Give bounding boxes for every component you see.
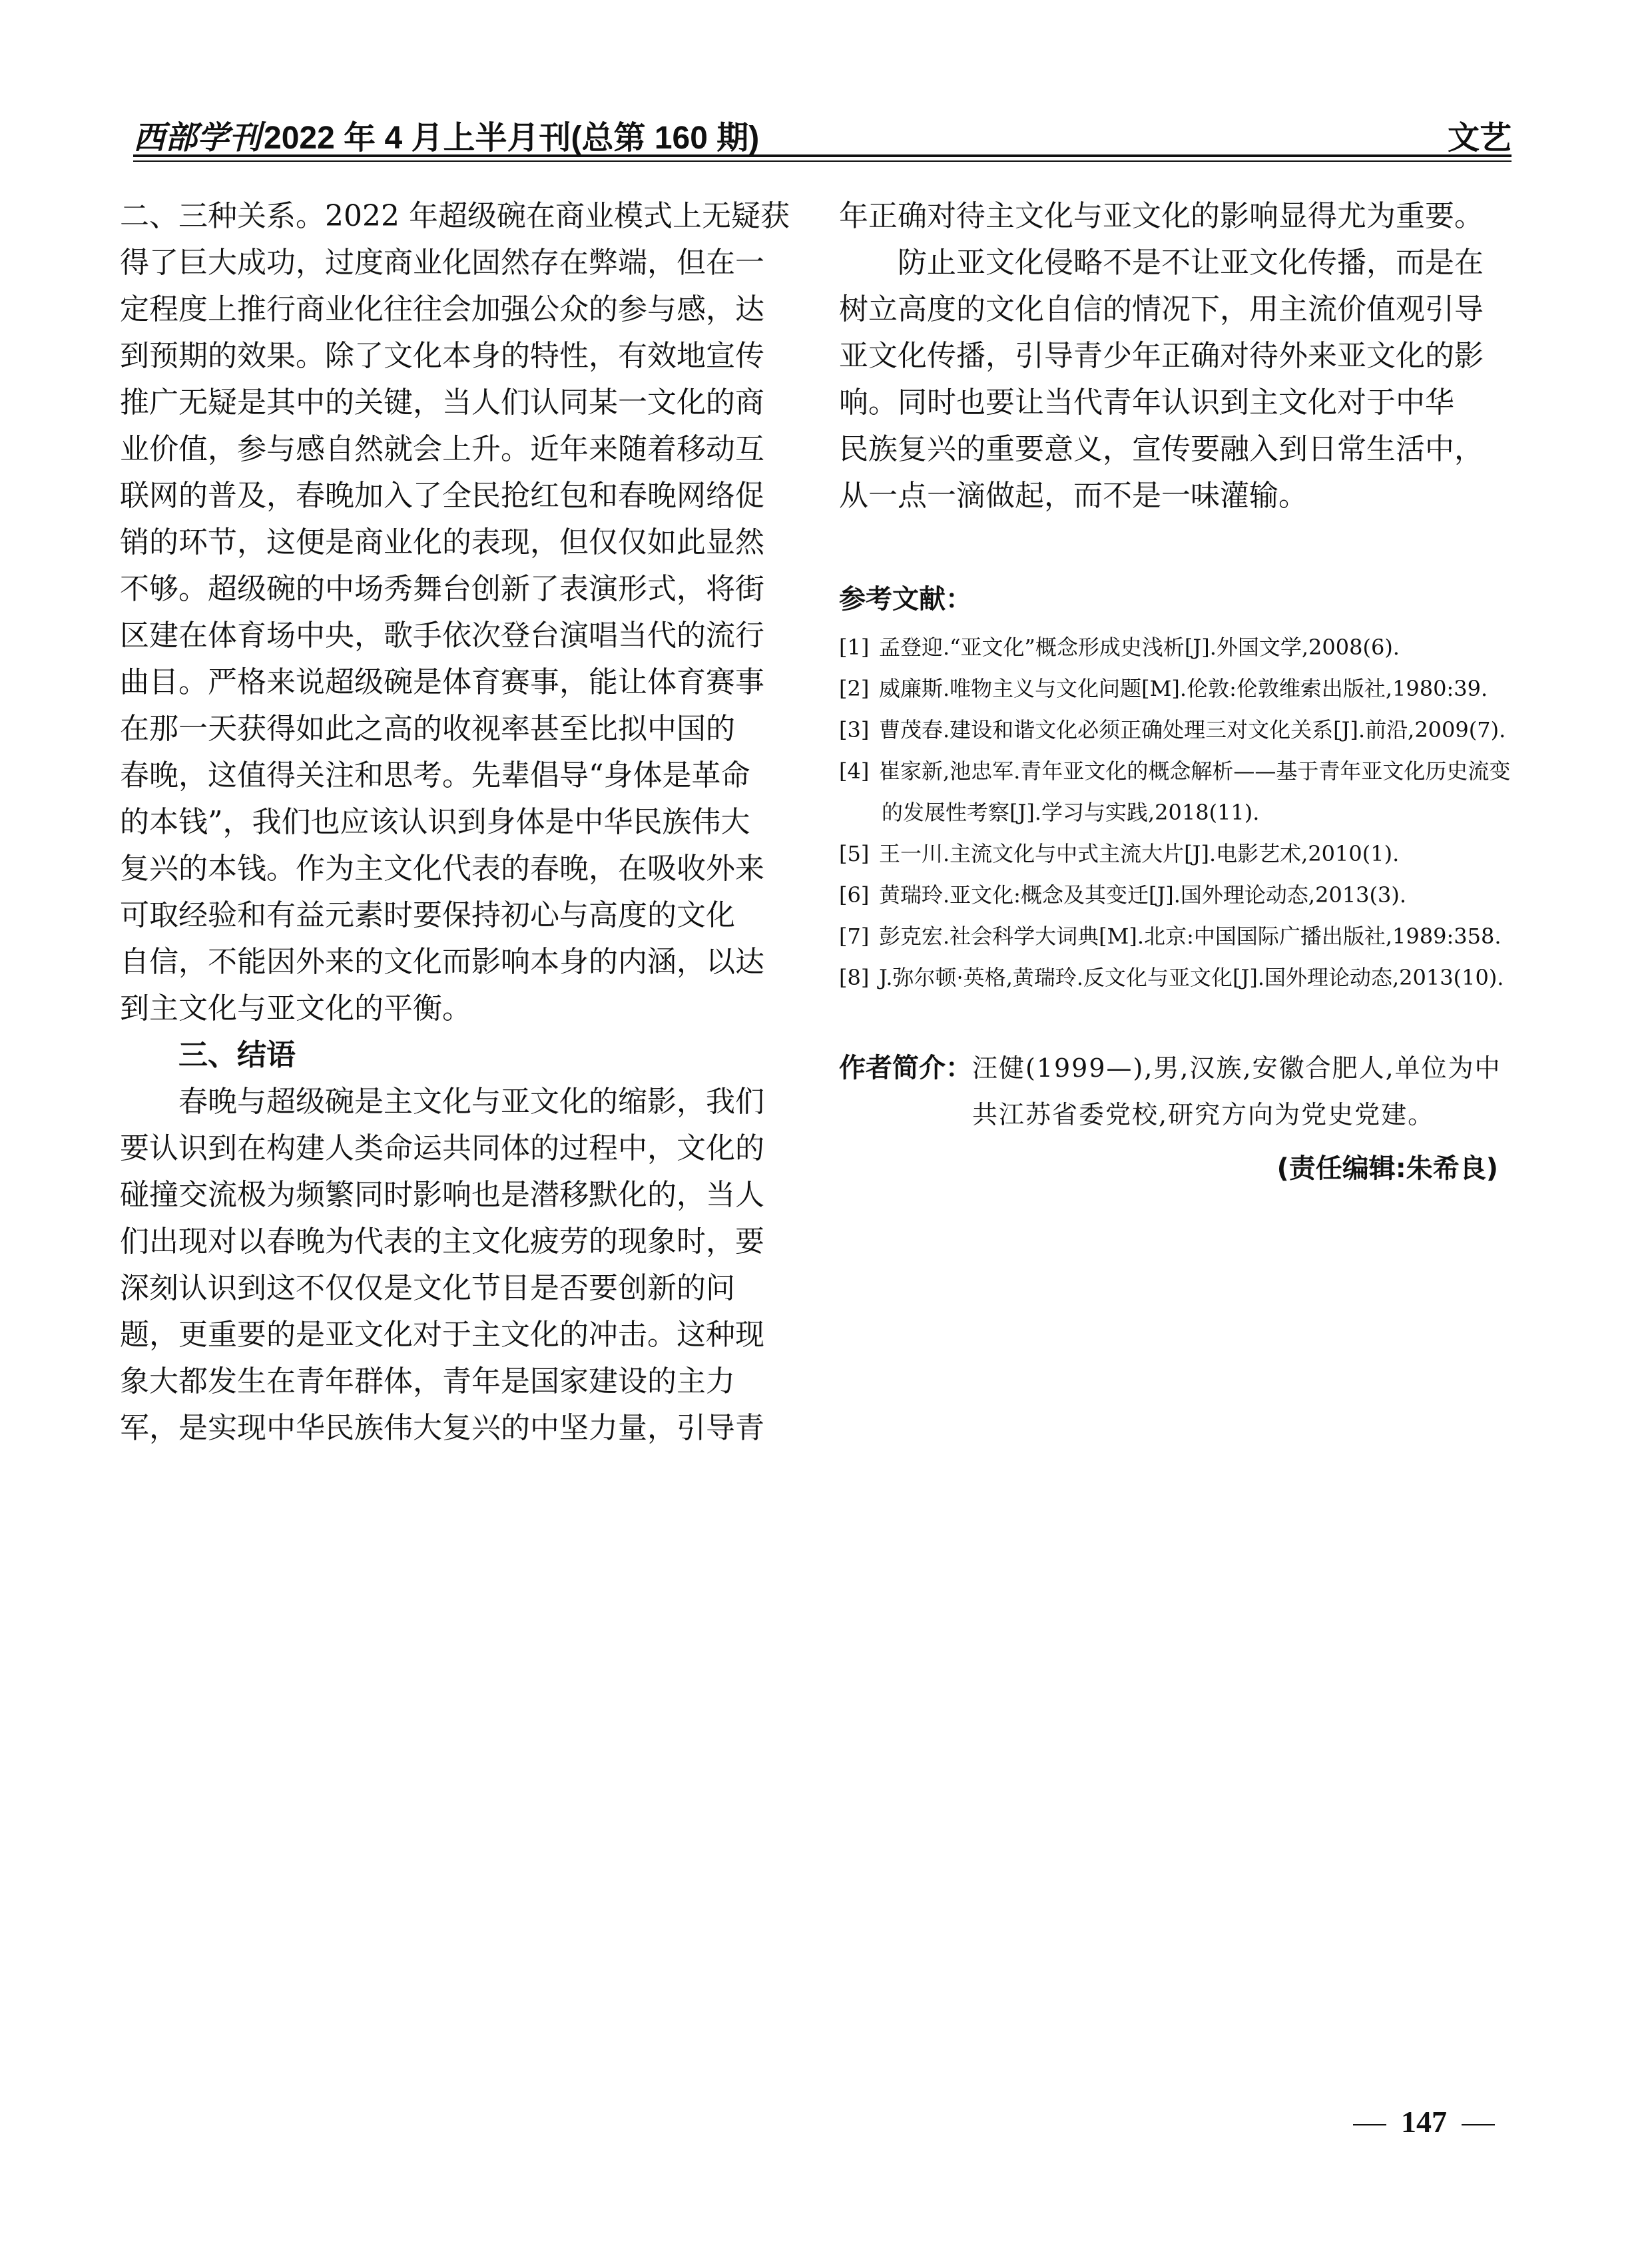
reference-text: 曹茂春.建设和谐文化必须正确处理三对文化关系[J].前沿,2009(7). bbox=[879, 717, 1506, 742]
text-line: 联网的普及，春晚加入了全民抢红包和春晚网络促 bbox=[120, 473, 806, 519]
text-line: 到预期的效果。除了文化本身的特性，有效地宣传 bbox=[120, 333, 806, 380]
text-line: 深刻认识到这不仅仅是文化节目是否要创新的问 bbox=[120, 1265, 806, 1312]
author-bio-label: 作者简介： bbox=[839, 1045, 972, 1091]
reference-text: 王一川.主流文化与中式主流大片[J].电影艺术,2010(1). bbox=[879, 841, 1399, 866]
reference-text: 崔家新,池忠军.青年亚文化的概念解析——基于青年亚文化历史流变的发展性考察[J]… bbox=[879, 758, 1510, 825]
reference-number: [4] bbox=[839, 750, 879, 792]
page-number: 147 bbox=[1338, 2104, 1510, 2139]
reference-item: [4]崔家新,池忠军.青年亚文化的概念解析——基于青年亚文化历史流变的发展性考察… bbox=[839, 750, 1518, 833]
text-line: 题，更重要的是亚文化对于主文化的冲击。这种现 bbox=[120, 1312, 806, 1358]
reference-number: [2] bbox=[839, 668, 879, 709]
page-number-value: 147 bbox=[1401, 2105, 1447, 2139]
text-line: 推广无疑是其中的关键，当人们认同某一文化的商 bbox=[120, 380, 806, 426]
text-line: 军，是实现中华民族伟大复兴的中坚力量，引导青 bbox=[120, 1405, 806, 1452]
reference-number: [8] bbox=[839, 957, 879, 998]
text-line: 在那一天获得如此之高的收视率甚至比拟中国的 bbox=[120, 706, 806, 752]
text-line: 从一点一滴做起，而不是一味灌输。 bbox=[839, 473, 1518, 519]
reference-item: [8]J.弥尔顿·英格,黄瑞玲.反文化与亚文化[J].国外理论动态,2013(1… bbox=[839, 957, 1518, 998]
text-line: 销的环节，这便是商业化的表现，但仅仅如此显然 bbox=[120, 519, 806, 566]
text-line: 区建在体育场中央，歌手依次登台演唱当代的流行 bbox=[120, 613, 806, 659]
reference-number: [3] bbox=[839, 709, 879, 750]
text-line: 可取经验和有益元素时要保持初心与高度的文化 bbox=[120, 892, 806, 939]
paragraph-conclusion: 春晚与超级碗是主文化与亚文化的缩影，我们 要认识到在构建人类命运共同体的过程中，… bbox=[120, 1079, 806, 1452]
issue-info: 2022 年 4 月上半月刊(总第 160 期) bbox=[264, 121, 759, 156]
references-heading: 参考文献： bbox=[839, 578, 1518, 616]
text-line: 要认识到在构建人类命运共同体的过程中，文化的 bbox=[120, 1125, 806, 1172]
dash-decoration bbox=[1462, 2124, 1495, 2125]
section-heading-conclusion: 三、结语 bbox=[120, 1032, 806, 1079]
text-line: 自信，不能因外来的文化而影响本身的内涵，以达 bbox=[120, 939, 806, 985]
text-line: 树立高度的文化自信的情况下，用主流价值观引导 bbox=[839, 286, 1518, 333]
text-line: 民族复兴的重要意义，宣传要融入到日常生活中， bbox=[839, 426, 1518, 473]
journal-issue: 西部学刊2022 年 4 月上半月刊(总第 160 期) bbox=[133, 112, 759, 158]
reference-item: [6]黄瑞玲.亚文化:概念及其变迁[J].国外理论动态,2013(3). bbox=[839, 874, 1518, 916]
text-line: 防止亚文化侵略不是不让亚文化传播，而是在 bbox=[839, 240, 1518, 286]
responsible-editor: (责任编辑:朱希良) bbox=[839, 1147, 1518, 1185]
reference-text: 彭克宏.社会科学大词典[M].北京:中国国际广播出版社,1989:358. bbox=[879, 924, 1502, 949]
right-column: 年正确对待主文化与亚文化的影响显得尤为重要。 防止亚文化侵略不是不让亚文化传播，… bbox=[839, 193, 1518, 1185]
left-column: 二、三种关系。2022 年超级碗在商业模式上无疑获 得了巨大成功，过度商业化固然… bbox=[120, 193, 806, 1452]
references-list: [1]孟登迎.“亚文化”概念形成史浅析[J].外国文学,2008(6). [2]… bbox=[839, 627, 1518, 998]
running-header: 西部学刊2022 年 4 月上半月刊(总第 160 期) 文艺 bbox=[133, 100, 1512, 160]
reference-item: [2]威廉斯.唯物主义与文化问题[M].伦敦:伦敦维索出版社,1980:39. bbox=[839, 668, 1518, 709]
section-label: 文艺 bbox=[1448, 112, 1512, 158]
paragraph-three-relations: 二、三种关系。2022 年超级碗在商业模式上无疑获 得了巨大成功，过度商业化固然… bbox=[120, 193, 806, 1032]
text-line: 们出现对以春晚为代表的主文化疲劳的现象时，要 bbox=[120, 1219, 806, 1265]
reference-text: 孟登迎.“亚文化”概念形成史浅析[J].外国文学,2008(6). bbox=[879, 635, 1400, 660]
paragraph-prevention: 防止亚文化侵略不是不让亚文化传播，而是在 树立高度的文化自信的情况下，用主流价值… bbox=[839, 240, 1518, 519]
text-line: 春晚，这值得关注和思考。先辈倡导“身体是革命 bbox=[120, 752, 806, 799]
author-bio: 作者简介： 汪健(1999—),男,汉族,安徽合肥人,单位为中共江苏省委党校,研… bbox=[839, 1045, 1518, 1138]
dash-decoration bbox=[1353, 2124, 1386, 2125]
text-line: 得了巨大成功，过度商业化固然存在弊端，但在一 bbox=[120, 240, 806, 286]
text-line: 春晚与超级碗是主文化与亚文化的缩影，我们 bbox=[120, 1079, 806, 1125]
text-line-continued: 年正确对待主文化与亚文化的影响显得尤为重要。 bbox=[839, 193, 1518, 240]
text-line: 不够。超级碗的中场秀舞台创新了表演形式，将街 bbox=[120, 566, 806, 613]
reference-number: [6] bbox=[839, 874, 879, 916]
text-line: 曲目。严格来说超级碗是体育赛事，能让体育赛事 bbox=[120, 659, 806, 706]
reference-text: J.弥尔顿·英格,黄瑞玲.反文化与亚文化[J].国外理论动态,2013(10). bbox=[879, 965, 1504, 990]
text-line: 响。同时也要让当代青年认识到主文化对于中华 bbox=[839, 380, 1518, 426]
text-line: 象大都发生在青年群体，青年是国家建设的主力 bbox=[120, 1358, 806, 1405]
header-rule-thick bbox=[133, 154, 1512, 157]
text-line: 碰撞交流极为频繁同时影响也是潜移默化的，当人 bbox=[120, 1172, 806, 1219]
header-rule-thin bbox=[133, 160, 1512, 162]
text-line: 复兴的本钱。作为主文化代表的春晚，在吸收外来 bbox=[120, 846, 806, 892]
text-line: 亚文化传播，引导青少年正确对待外来亚文化的影 bbox=[839, 333, 1518, 380]
reference-item: [7]彭克宏.社会科学大词典[M].北京:中国国际广播出版社,1989:358. bbox=[839, 916, 1518, 957]
reference-number: [7] bbox=[839, 916, 879, 957]
reference-number: [5] bbox=[839, 833, 879, 874]
reference-item: [1]孟登迎.“亚文化”概念形成史浅析[J].外国文学,2008(6). bbox=[839, 627, 1518, 668]
journal-logo: 西部学刊 bbox=[133, 119, 261, 156]
reference-text: 黄瑞玲.亚文化:概念及其变迁[J].国外理论动态,2013(3). bbox=[879, 882, 1406, 908]
reference-item: [5]王一川.主流文化与中式主流大片[J].电影艺术,2010(1). bbox=[839, 833, 1518, 874]
text-line: 到主文化与亚文化的平衡。 bbox=[120, 985, 806, 1032]
reference-item: [3]曹茂春.建设和谐文化必须正确处理三对文化关系[J].前沿,2009(7). bbox=[839, 709, 1518, 750]
text-line: 业价值，参与感自然就会上升。近年来随着移动互 bbox=[120, 426, 806, 473]
reference-number: [1] bbox=[839, 627, 879, 668]
text-line: 的本钱”，我们也应该认识到身体是中华民族伟大 bbox=[120, 799, 806, 846]
text-line: 定程度上推行商业化往往会加强公众的参与感，达 bbox=[120, 286, 806, 333]
reference-text: 威廉斯.唯物主义与文化问题[M].伦敦:伦敦维索出版社,1980:39. bbox=[879, 676, 1488, 701]
text-line: 二、三种关系。2022 年超级碗在商业模式上无疑获 bbox=[120, 193, 806, 240]
